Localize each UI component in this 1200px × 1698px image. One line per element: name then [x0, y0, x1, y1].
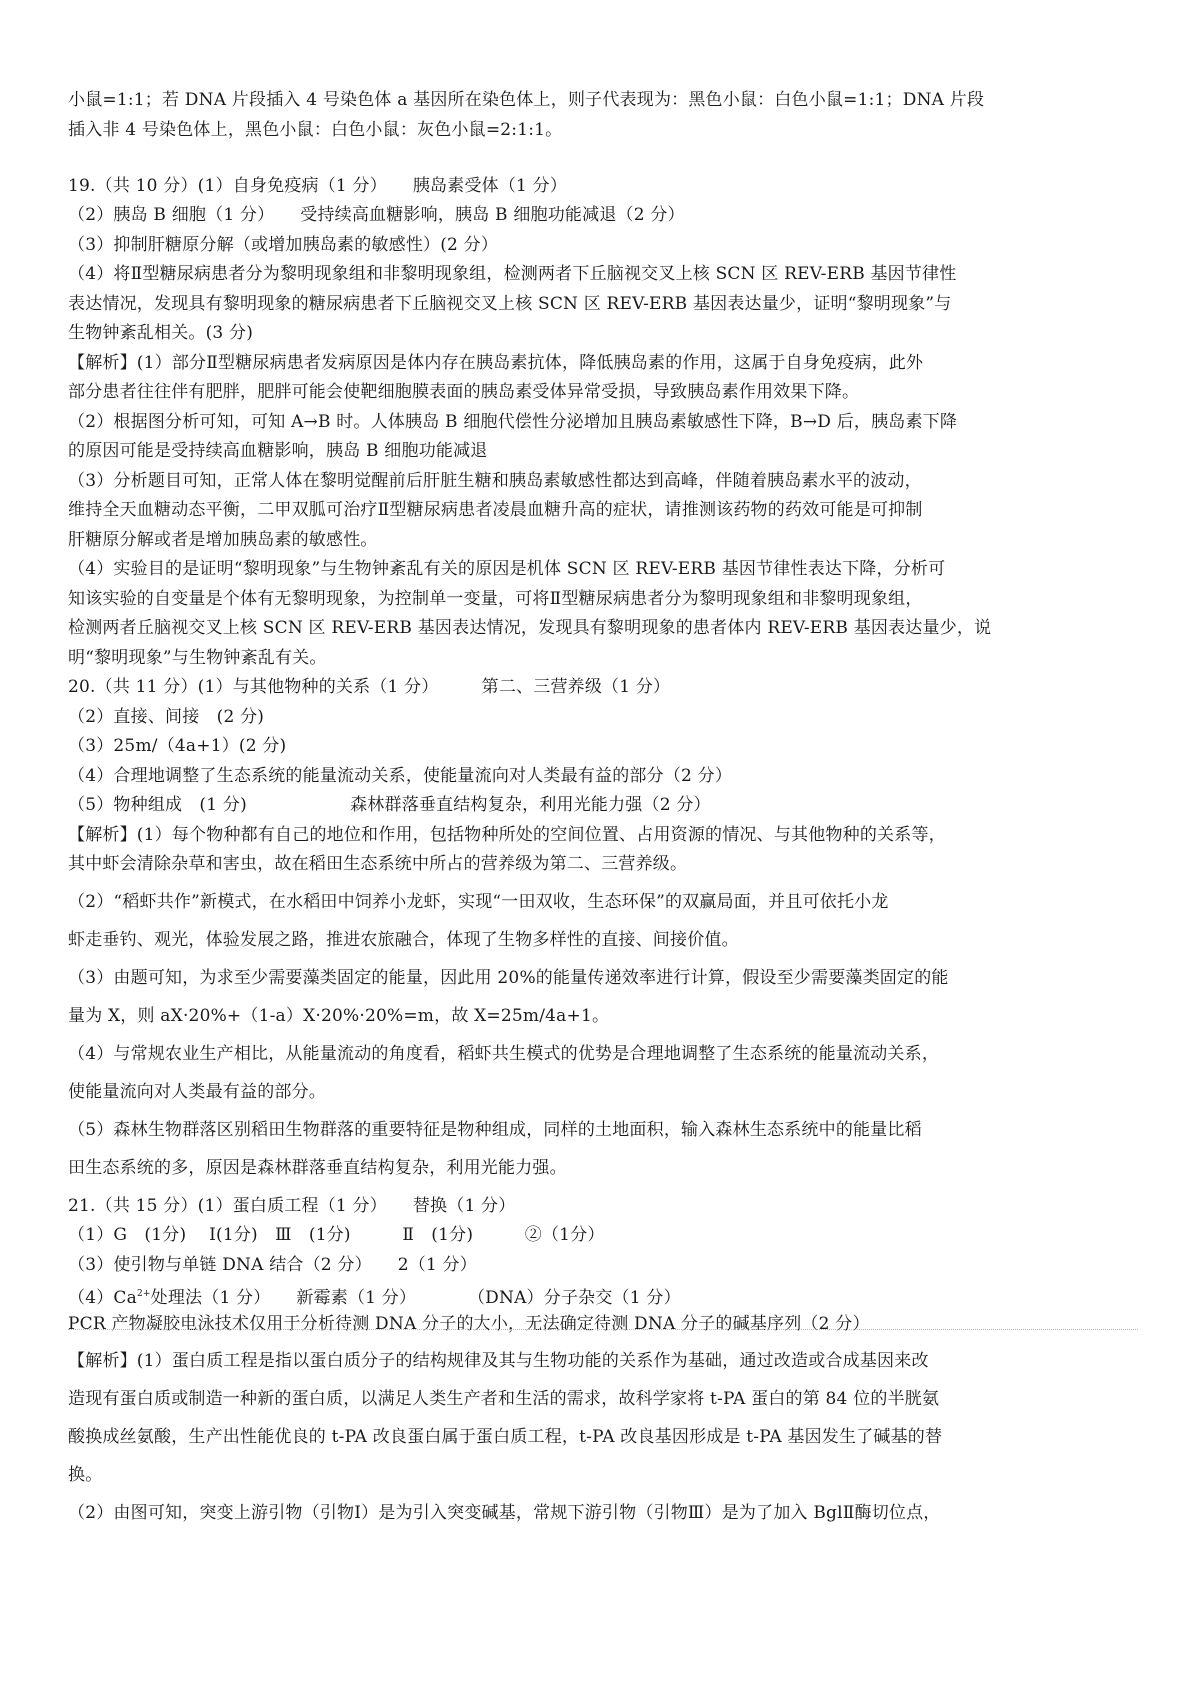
text-segment: （4）Ca — [68, 1288, 137, 1308]
text-line: （2）直接、间接 (2 分) — [68, 705, 1138, 729]
text-line: 生物钟紊乱相关。(3 分) — [68, 321, 1138, 345]
text-line: PCR 产物凝胶电泳技术仅用于分析待测 DNA 分子的大小，无法确定待测 DNA… — [68, 1312, 1138, 1336]
text-line: 量为 X，则 aX·20%+（1-a）X·20%·20%=m，故 X=25m/4… — [68, 1004, 1138, 1028]
text-line: 酸换成丝氨酸，生产出性能优良的 t-PA 改良蛋白属于蛋白质工程，t-PA 改良… — [68, 1425, 1138, 1449]
text-line: 【解析】(1）蛋白质工程是指以蛋白质分子的结构规律及其与生物功能的关系作为基础，… — [68, 1349, 1138, 1373]
text-line: 21.（共 15 分）(1）蛋白质工程（1 分） 替换（1 分） — [68, 1194, 1138, 1218]
text-line: （4）Ca2+处理法（1 分） 新霉素（1 分） （DNA）分子杂交（1 分） — [68, 1282, 1138, 1310]
text-line: （4）与常规农业生产相比，从能量流动的角度看，稻虾共生模式的优势是合理地调整了生… — [68, 1042, 1138, 1066]
text-line: 虾走垂钓、观光，体验发展之路，推进农旅融合，体现了生物多样性的直接、间接价值。 — [68, 928, 1138, 952]
text-line: （1）G (1分) Ⅰ(1分) Ⅲ (1分) Ⅱ (1分) ②（1分） — [68, 1223, 1138, 1247]
text-line: 20.（共 11 分）(1）与其他物种的关系（1 分） 第二、三营养级（1 分） — [68, 675, 1138, 699]
text-line: 部分患者往往伴有肥胖，肥胖可能会使靶细胞膜表面的胰岛素受体异常受损，导致胰岛素作… — [68, 380, 1138, 404]
text-line: （3）分析题目可知，正常人体在黎明觉醒前后肝脏生糖和胰岛素敏感性都达到高峰，伴随… — [68, 469, 1138, 493]
text-line: （2）根据图分析可知，可知 A→B 时。人体胰岛 B 细胞代偿性分泌增加且胰岛素… — [68, 410, 1138, 434]
text-line: （3）抑制肝糖原分解（或增加胰岛素的敏感性）(2 分） — [68, 233, 1138, 257]
text-line: 19.（共 10 分）(1）自身免疫病（1 分） 胰岛素受体（1 分） — [68, 174, 1138, 198]
text-line: 小鼠=1:1；若 DNA 片段插入 4 号染色体 a 基因所在染色体上，则子代表… — [68, 88, 1138, 112]
text-line: 明“黎明现象”与生物钟紊乱有关。 — [68, 646, 1138, 670]
text-line: 表达情况，发现具有黎明现象的糖尿病患者下丘脑视交叉上核 SCN 区 REV-ER… — [68, 292, 1138, 316]
text-line: 插入非 4 号染色体上，黑色小鼠：白色小鼠：灰色小鼠=2:1:1。 — [68, 118, 1138, 142]
text-line: （3）25m/（4a+1）(2 分) — [68, 734, 1138, 758]
text-line: （4）实验目的是证明“黎明现象”与生物钟紊乱有关的原因是机体 SCN 区 REV… — [68, 557, 1138, 581]
text-line: （3）由题可知，为求至少需要藻类固定的能量，因此用 20%的能量传递效率进行计算… — [68, 966, 1138, 990]
text-line: 肝糖原分解或者是增加胰岛素的敏感性。 — [68, 528, 1138, 552]
text-segment: 处理法（1 分） 新霉素（1 分） （DNA）分子杂交（1 分） — [151, 1288, 681, 1308]
text-line: 知该实验的自变量是个体有无黎明现象，为控制单一变量，可将Ⅱ型糖尿病患者分为黎明现… — [68, 587, 1138, 611]
superscript: 2+ — [137, 1289, 151, 1299]
text-line: （2）胰岛 B 细胞（1 分） 受持续高血糖影响，胰岛 B 细胞功能减退（2 分… — [68, 203, 1138, 227]
dotted-divider — [68, 1329, 1138, 1330]
text-line: 维持全天血糖动态平衡，二甲双胍可治疗Ⅱ型糖尿病患者凌晨血糖升高的症状，请推测该药… — [68, 498, 1138, 522]
text-line: 检测两者丘脑视交叉上核 SCN 区 REV-ERB 基因表达情况，发现具有黎明现… — [68, 616, 1138, 640]
text-line: 田生态系统的多，原因是森林群落垂直结构复杂，利用光能力强。 — [68, 1156, 1138, 1180]
text-line: 使能量流向对人类最有益的部分。 — [68, 1080, 1138, 1104]
text-line: （5）森林生物群落区别稻田生物群落的重要特征是物种组成，同样的土地面积，输入森林… — [68, 1118, 1138, 1142]
text-line: 【解析】(1）部分Ⅱ型糖尿病患者发病原因是体内存在胰岛素抗体，降低胰岛素的作用，… — [68, 351, 1138, 375]
text-line: （4）合理地调整了生态系统的能量流动关系，使能量流向对人类最有益的部分（2 分） — [68, 764, 1138, 788]
text-line: 其中虾会清除杂草和害虫，故在稻田生态系统中所占的营养级为第二、三营养级。 — [68, 852, 1138, 876]
text-line: 【解析】(1）每个物种都有自己的地位和作用，包括物种所处的空间位置、占用资源的情… — [68, 823, 1138, 847]
document-page: 小鼠=1:1；若 DNA 片段插入 4 号染色体 a 基因所在染色体上，则子代表… — [0, 0, 1200, 1698]
text-line: （2）由图可知，突变上游引物（引物Ⅰ）是为引入突变碱基，常规下游引物（引物Ⅲ）是… — [68, 1501, 1138, 1525]
text-line: 换。 — [68, 1463, 1138, 1487]
text-line: 的原因可能是受持续高血糖影响，胰岛 B 细胞功能减退 — [68, 439, 1138, 463]
text-line: 造现有蛋白质或制造一种新的蛋白质，以满足人类生产者和生活的需求，故科学家将 t-… — [68, 1387, 1138, 1411]
text-line: （4）将Ⅱ型糖尿病患者分为黎明现象组和非黎明现象组，检测两者下丘脑视交叉上核 S… — [68, 262, 1138, 286]
text-line: （3）使引物与单链 DNA 结合（2 分） 2（1 分） — [68, 1253, 1138, 1277]
text-line: （5）物种组成 (1 分) 森林群落垂直结构复杂，利用光能力强（2 分） — [68, 793, 1138, 817]
text-line: （2）“稻虾共作”新模式，在水稻田中饲养小龙虾，实现“一田双收，生态环保”的双赢… — [68, 890, 1138, 914]
